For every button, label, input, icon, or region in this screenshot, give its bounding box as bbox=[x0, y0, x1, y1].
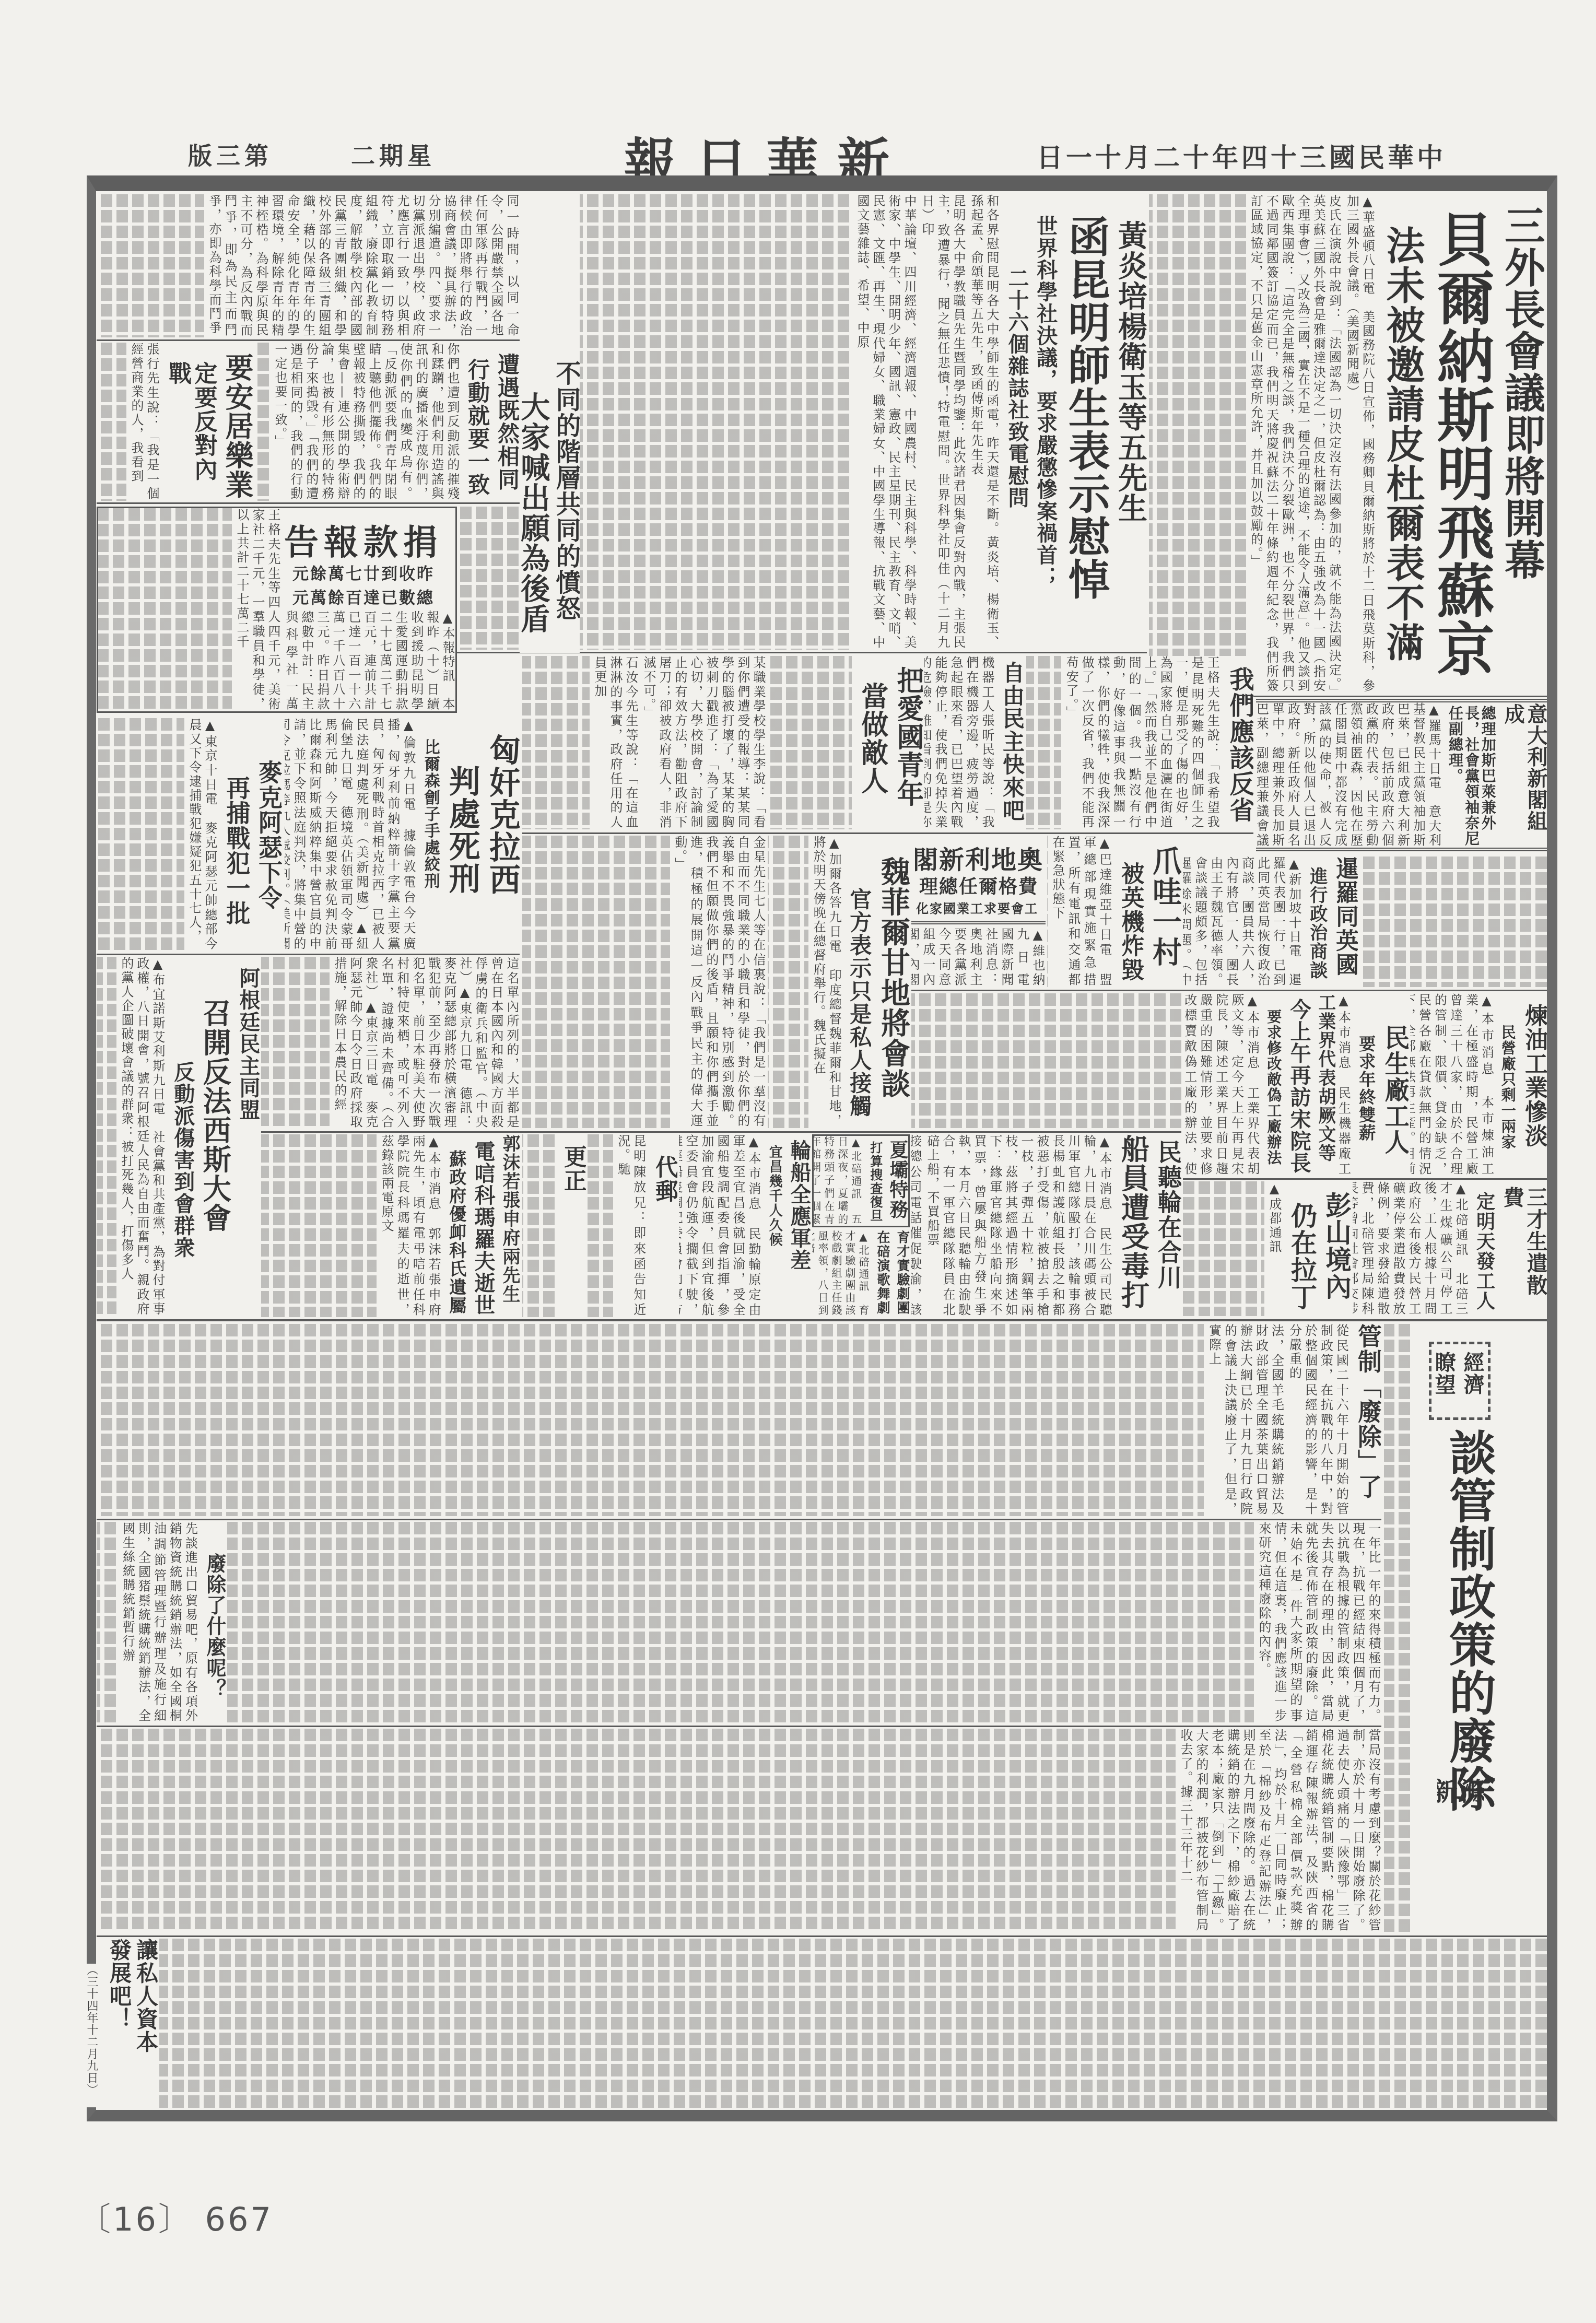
article-body: ▲北碚通訊 五日深夜，夏壩的特務頭子們在青年館開了一個緊急會議，決議本月十二日前… bbox=[814, 1136, 863, 1226]
column-byline-wrap: 滌新 bbox=[1437, 1778, 1484, 1893]
article-kicker: 三外長會議即將開幕 bbox=[1499, 194, 1544, 693]
article-anger-letter: 金星先生七人等在信裏說：「我們是一羣沒有自由而不同職業的小職員和學徒，對於你們的… bbox=[522, 836, 766, 1128]
article-headline: 奧地利新閣 bbox=[913, 840, 1043, 876]
article-subhead: 進行政治商談 bbox=[1307, 857, 1327, 987]
column-headline-wrap: 談管制政策的廢除 bbox=[1427, 1428, 1495, 1825]
article-body: 金星先生七人等在信裏說：「我們是一羣沒有自由而不同職業的小職員和學徒，對於你們的… bbox=[672, 836, 766, 1128]
donation-headline: 捐款報告 bbox=[284, 514, 443, 564]
column-label: 瞭望 bbox=[1431, 1352, 1455, 1395]
column-tier-4 bbox=[159, 1939, 1547, 2108]
austria-header: 奧地利新閣 費格爾任總理 工會要求工業國家化 bbox=[911, 836, 1046, 924]
article-subhead: 蘇政府優卹科氏遺屬 bbox=[447, 1134, 466, 1317]
divider bbox=[97, 954, 520, 955]
article-headline: 貝爾納斯明飛蘇京 bbox=[1429, 194, 1493, 693]
article-ships-military: 輪船全應軍差 宜昌幾千人久候 ▲本市消息 民勤輪原定由軍差至宜昌後就回渝，受全國… bbox=[679, 1134, 811, 1317]
divider bbox=[97, 502, 520, 504]
article-minting-ship: 民聽輪在合川 船員遭受毒打 ▲本市消息 民生公司民聽輪，九日晨在合川碼頭被合川軍… bbox=[911, 1134, 1181, 1317]
notice-body: 昆明陳放兄：即來函告知近況。馳 bbox=[615, 1134, 647, 1317]
article-headline: 彭山境內 bbox=[1322, 1181, 1351, 1316]
article-subhead: 要求修改敵偽工廠辦法 bbox=[1265, 993, 1282, 1176]
column-tier-2: 一年比一年的來得積極而有力。現在，抗戰已經結束四個月了，以抗戰為根據的管制政策，… bbox=[227, 1522, 1381, 1723]
issue-date: 中華民國三十四年十二月十一日 bbox=[1037, 137, 1446, 174]
article-body: ▲新加坡十日電 暹羅代表團一行，已到此同英當局恢復政治商談，團員共六人，內有將官… bbox=[1183, 857, 1302, 987]
article-headline: 魏菲爾甘地將會談 bbox=[877, 836, 910, 1128]
article-body: 皮氏在演說中說到：「法國認為一切決定沒有法國參加的，就不能為法國決定。」英美蘇三… bbox=[1248, 194, 1342, 693]
article-body: ▲維也納九日電 國際新聞社消息：奧地利主要各黨派今天同意組成一內閣，內閣人選是人… bbox=[911, 928, 1046, 987]
donation-body-right: ▲本報特訊 本報昨（十）日續收到援助昆明學生愛國運動捐款二十七萬二千七百元，連前… bbox=[283, 611, 455, 711]
article-kicker: 工業界代表胡厥文等 bbox=[1316, 993, 1335, 1176]
article-enemy: 把愛國青年 當做敵人 bbox=[768, 656, 923, 829]
column-body: 當局沒有考慮到麼？關於花紗管制，亦於十月一日開始廢除了。過去使人頭痛的「陝豫鄂」… bbox=[1178, 1729, 1381, 1932]
article-subhead: 要求年終雙薪 bbox=[1356, 993, 1375, 1176]
article-headline: 爪哇一村 bbox=[1148, 836, 1181, 987]
article-headline: 輪船全應軍差 bbox=[787, 1134, 811, 1317]
article-body: 王格夫先生說：「我希望我是昆明死難的四個師生之一，便是那受了傷的也好，為國家將自… bbox=[1063, 656, 1220, 829]
article-headline: 電唁科瑪羅夫逝世 bbox=[471, 1134, 495, 1317]
article-body: 你們也遭到反動派的摧殘和蹂躪，他們利用造謠與訊刊的廣播來汙蔑你們，使你們的血變成… bbox=[272, 343, 460, 501]
article-body: 石汝今先生等說：「在這血淋淋的事實，政府任用的人員更加 bbox=[592, 656, 639, 829]
page-label: 第三版 bbox=[188, 137, 273, 171]
article-body: 張行先生說：「我是一個經營商業的人，我看到 bbox=[128, 343, 160, 501]
article-headline: 大家喊出願為後盾 bbox=[520, 360, 549, 653]
article-huang-yanpei: 黃炎培楊衛玉等五先生 函昆明師生表示慰悼 世界科學社決議，要求嚴懲慘案禍首； 二… bbox=[580, 194, 1147, 650]
column-date-note-wrap: （三十四年十二月九日） bbox=[78, 1964, 99, 2107]
donation-subhead: 總數已達百餘萬元 bbox=[292, 584, 435, 608]
article-subhead: 二十六個雜誌社致電慰問 bbox=[1005, 194, 1028, 650]
article-body: ▲布宜諾斯艾利斯九日電 社會黨和共產黨，為對付軍事政權，八日開會，號召阿根廷人民… bbox=[119, 957, 166, 1316]
article-subhead: 總理加斯巴萊兼外長，社會黨領袖奈尼任副總理。 bbox=[1447, 702, 1496, 848]
article-body: ▲本市消息 民生機器廠工人，因要求年終發雙薪，原已怠工多日，昨天起已陷於停工狀態… bbox=[1337, 993, 1351, 1176]
article-headline: 煉油工業慘淡 bbox=[1521, 993, 1547, 1176]
article-headline: 判處死刑 bbox=[444, 718, 479, 951]
article-body: ▲東京十日電 麥克阿瑟元帥總部今晨又下令逮捕戰犯嫌疑犯五十七人， bbox=[186, 718, 218, 951]
article-body: ▲羅馬十日電 意大利基督教民主黨領袖加斯巴萊，已組成意大利新政府，包括前政府六個… bbox=[1256, 702, 1442, 848]
text-column-block bbox=[459, 507, 519, 650]
column-headline: 談管制政策的廢除 bbox=[1442, 1428, 1495, 1825]
article-body: 機器工人張昕民等說：「我們在機器旁邊，疲勞過度，急起眼來看，已巴望着內戰能夠停止… bbox=[924, 656, 995, 829]
article-subhead: 定明天發工人 bbox=[1474, 1181, 1495, 1316]
article-foreign-ministers: 三外長會議即將開幕 貝爾納斯明飛蘇京 法未被邀請皮杜爾表不滿 ▲華盛頓八日電 美… bbox=[1149, 194, 1544, 693]
column-body: 法，全國羊毛統購統銷辦法及財政部管理全國茶葉出口貿易辦法大綱已於十月九日行政院的… bbox=[1206, 1324, 1284, 1516]
donation-body-left: 王格夫先生等四人四千元，美術家社二千元，一羣職員和學徒，以上共計二十七萬二千 bbox=[98, 508, 281, 711]
article-body: ▲倫敦九日電 據倫敦電台今天廣播，匈牙利前納粹箭十字黨主要黨員，匈牙利戰時首相克… bbox=[285, 718, 416, 951]
article-body: 同一時間，以同一命令，公開嚴禁全國各地任何軍隊再行戰鬥，一律候由即將舉行的政治協… bbox=[206, 194, 520, 337]
article-yucai-troupe: 育才實驗劇團 在碚演歌舞劇 ▲北碚通訊 育才實驗劇團由該校戲劇組主任錢風率領，八… bbox=[812, 1230, 910, 1317]
article-kicker: 郭沫若張申府兩先生 bbox=[500, 1134, 520, 1317]
telegram-text: 昆明各大中學教職員先生暨同學均鑒：此次諸君因集會反對內戰，主張民主，致遭暴行，聞… bbox=[919, 194, 966, 650]
notice-daiyou: 代郵 昆明陳放兄：即來函告知近況。馳 bbox=[588, 1134, 677, 1317]
article-headline: 三才生遣散費 bbox=[1500, 1181, 1547, 1316]
article-headline: 夏壩特務 bbox=[887, 1136, 908, 1226]
date-note: （三十四年十二月九日） bbox=[85, 1964, 98, 2096]
article-headline: 意大利新閣組成 bbox=[1501, 702, 1547, 848]
article-body: ▲本報特訊 本報昨（十）日續收到援助昆明學生愛國運動捐款二十七萬二千七百元，連前… bbox=[283, 611, 455, 711]
article-guo-moruo: 郭沫若張申府兩先生 電唁科瑪羅夫逝世 蘇政府優卹科氏遺屬 ▲本市消息 郭沫若張申… bbox=[261, 1134, 520, 1317]
text-column-block bbox=[1384, 1324, 1410, 1932]
article-subhead: 比爾森劊子手處絞刑 bbox=[421, 718, 439, 951]
article-anger-headline: 不同的階層共同的憤怒 大家喊出願為後盾 bbox=[520, 360, 580, 653]
donation-report-box: 捐款報告 昨收到廿七萬餘元 總數已達百餘萬元 王格夫先生等四人四千元，美術家社二… bbox=[97, 507, 457, 713]
article-macarthur: 麥克阿瑟下令 再捕戰犯一批 ▲東京十日電 麥克阿瑟元帥總部今晨又下令逮捕戰犯嫌疑… bbox=[97, 718, 282, 951]
article-body: 這名單內所列的，大半都是曾在日本國內和韓國方面殺俘虜的衛兵和監官。（中央社）▲東… bbox=[332, 957, 520, 1129]
article-zaoyu: 遭遇既然相同 行動就要一致 你們也遭到反動派的摧殘和蹂躪，他們利用造謠與訊刊的廣… bbox=[256, 343, 520, 501]
article-argentina: 阿根廷民主同盟 召開反法西斯大會 反動派傷害到會群衆 ▲布宜諾斯艾利斯九日電 社… bbox=[97, 957, 260, 1316]
article-subhead: 打算搜查復旦 bbox=[868, 1136, 882, 1226]
article-body: ▲北碚通訊 北碚三才生煤礦公司停工後，工人根據十月間政府公布後方民營工礦業停業遣… bbox=[1353, 1181, 1469, 1316]
divider bbox=[911, 990, 1547, 991]
article-headline: 函昆明師生表示慰悼 bbox=[1062, 194, 1109, 650]
article-subhead: 仍在拉丁 bbox=[1287, 1181, 1317, 1316]
article-pengshan: 彭山境內 仍在拉丁 ▲成都通訊 bbox=[1183, 1181, 1351, 1316]
article-headline: 再捕戰犯一批 bbox=[223, 718, 250, 951]
article-headline: 定要反對內戰 bbox=[165, 343, 217, 501]
donation-subhead: 昨收到廿七萬餘元 bbox=[292, 560, 435, 584]
archive-page-reference: 〔16〕 667 bbox=[78, 2193, 273, 2240]
article-body: 王格夫先生等四人四千元，美術家社二千元，一羣職員和學徒，以上共計二十七萬二千 bbox=[234, 508, 281, 711]
article-subhead: 官方表示只是私人接觸 bbox=[847, 836, 872, 1128]
article-hungary: 匈奸克拉西 判處死刑 比爾森劊子手處絞刑 ▲倫敦九日電 據倫敦電台今天廣播，匈牙… bbox=[285, 718, 520, 951]
article-body: ▲本市消息 郭沫若張申府兩先生，頃有電弔唁前任科學院院長科瑪羅夫的逝世，茲錄該兩… bbox=[379, 1134, 441, 1317]
article-headline: 遭遇既然相同 bbox=[495, 343, 520, 501]
divider bbox=[97, 339, 520, 341]
divider bbox=[97, 1319, 1547, 1321]
article-subhead: 費格爾任總理 bbox=[919, 872, 1038, 899]
article-body: ▲華盛頓八日電 美國務院八日宣佈，國務卿貝爾納斯將於十二日飛莫斯科，參加三國外長… bbox=[1344, 194, 1376, 693]
divider bbox=[97, 1726, 1381, 1727]
article-headline: 當做敵人 bbox=[857, 656, 887, 829]
article-headline: 暹羅同英國 bbox=[1332, 857, 1358, 987]
article-body: ▲巴達維亞十日電 盟軍總部現實施緊急措置，所有電訊和交通都在緊急狀態下 bbox=[1050, 836, 1112, 987]
article-kicker: 阿根廷民主同盟 bbox=[236, 957, 260, 1316]
article-subhead: 被英機炸毀 bbox=[1118, 836, 1143, 987]
column-tier-1: 管制「廢除」了 從民國二十六年十月開始的管制政策，在抗戰的八年中，對於整個國民經… bbox=[97, 1324, 1381, 1516]
column-body: 從民國二十六年十月開始的管制政策，在抗戰的八年中，對於整個國民經濟的影響，是十分… bbox=[1286, 1324, 1349, 1516]
economic-column-header: 經濟 瞭望 談管制政策的廢除 滌新 bbox=[1384, 1324, 1547, 1932]
article-subhead: 工會要求工業國家化 bbox=[916, 898, 1038, 917]
section-title: 發展吧！ bbox=[107, 1939, 132, 2108]
article-siam: 暹羅同英國 進行政治商談 ▲新加坡十日電 暹羅代表團一行，已到此同英當局恢復政治… bbox=[1183, 857, 1358, 987]
article-body: 某職業學校學生李說：「看到你們遭受的報導：某某同學的腦被打壞了，某某的胸被刺刀戳… bbox=[641, 656, 766, 829]
article-body: ▲加爾各答九日電 印度總督魏菲爾和甘地，將於明天傍晚在總督府舉行。魏氏擬在 bbox=[811, 836, 842, 1128]
article-wavell-gandhi: 魏菲爾甘地將會談 官方表示只是私人接觸 ▲加爾各答九日電 印度總督魏菲爾和甘地，… bbox=[768, 836, 910, 1128]
article-anju: 要安居樂業 定要反對內戰 張行先生說：「我是一個經營商業的人，我看到 bbox=[97, 343, 253, 501]
article-body: ▲北碚通訊 育才實驗劇團由該校戲劇組主任錢風率領，八日到北碚 bbox=[812, 1230, 870, 1317]
article-austria-continued bbox=[1360, 857, 1547, 987]
article-body: ▲本市消息 工業界代表胡厥文等，定今天上午再見宋院長，陳述工業界目前日趨嚴重的困… bbox=[1183, 993, 1260, 1176]
column-tier-3: 當局沒有考慮到麼？關於花紗管制，亦於十月一日開始廢除了。過去使人頭痛的「陝豫鄂」… bbox=[97, 1729, 1381, 1932]
byline: 滌新 bbox=[1437, 1778, 1484, 1893]
divider bbox=[97, 1519, 1381, 1520]
article-headline: 今上午再訪宋院長 bbox=[1287, 993, 1310, 1176]
article-body: 和各界慰問昆明各大中學師生的函電，昨天還是不斷。黃炎培、楊衛玉、孫起孟、俞頌華等… bbox=[968, 194, 1000, 650]
weekday: 星期二 bbox=[351, 137, 436, 171]
article-headline: 不同的階層共同的憤怒 bbox=[551, 360, 580, 653]
article-austria: 奧地利新閣 費格爾任總理 工會要求工業國家化 ▲維也納九日電 國際新聞社消息：奧… bbox=[911, 836, 1046, 987]
article-body: ▲本市消息 民生公司民聽輪，九日晨在合川碼頭被合川軍官總隊毆打，該輪事務長楊虬和… bbox=[924, 1134, 1112, 1317]
austria-body: ▲維也納九日電 國際新聞社消息：奧地利主要各黨派今天同意組成一內閣，內閣人選是人… bbox=[911, 928, 1046, 987]
article-sancai: 三才生遣散費 定明天發工人 ▲北碚通訊 北碚三才生煤礦公司停工後，工人根據十月間… bbox=[1353, 1181, 1547, 1316]
article-headline: 召開反法西斯大會 bbox=[199, 957, 231, 1316]
article-headline: 要安居樂業 bbox=[222, 343, 253, 501]
column-tier-4-left: 讓私人資本 發展吧！ bbox=[97, 1939, 158, 2108]
magazine-list: 中華論壇、四川經濟、經濟週報、中國農村、民主與科學、科學時報、美術家、中學生、開… bbox=[854, 194, 917, 650]
article-headline: 麥克阿瑟下令 bbox=[255, 718, 282, 951]
section-title: 讓私人資本 bbox=[134, 1939, 158, 2108]
article-subhead: 民營廠只剩一兩家 bbox=[1499, 993, 1516, 1176]
column-label-box: 經濟 瞭望 bbox=[1429, 1342, 1491, 1420]
divider bbox=[1183, 1178, 1547, 1180]
article-headline: 我們應該反省 bbox=[1225, 656, 1253, 829]
column-body: 先談進出口貿易吧，原有各項外銷物資統購統銷辦法，如全國桐油調節管理暨行辦理及施行… bbox=[120, 1522, 198, 1723]
notice-headline: 代郵 bbox=[652, 1134, 677, 1317]
article-headline: 行動就要一致 bbox=[465, 343, 490, 501]
article-headline: 把愛國青年 bbox=[893, 656, 923, 829]
column-tier-2-left: 廢除了什麼呢？ 先談進出口貿易吧，原有各項外銷物資統購統銷辦法，如全國桐油調節管… bbox=[97, 1522, 226, 1723]
article-anger-body: 某職業學校學生李說：「看到你們遭受的報導：某某同學的腦被打壞了，某某的胸被刺刀戳… bbox=[522, 656, 766, 829]
article-italy-box: 意大利新閣組成 總理加斯巴萊兼外長，社會黨領袖奈尼任副總理。 ▲羅馬十日電 意大… bbox=[1256, 699, 1547, 851]
article-body: ▲成都通訊 bbox=[1266, 1181, 1282, 1316]
article-subhead: 宜昌幾千人久候 bbox=[767, 1134, 782, 1317]
article-subhead: 法未被邀請皮杜爾表不滿 bbox=[1381, 194, 1424, 693]
article-body: 接總公司電話催促駛渝，該軍官隊視行兇若無其事，有數人仍搭輪來渝。該輪船員乃在船中… bbox=[911, 1134, 922, 1317]
article-subhead: 反動派傷害到會群衆 bbox=[171, 957, 194, 1316]
column-body: 一年比一年的來得積極而有力。現在，抗戰已經結束四個月了，以抗戰為根據的管制政策，… bbox=[1256, 1522, 1381, 1723]
column-label: 經濟 bbox=[1460, 1352, 1484, 1395]
article-minsheng-workers: 民生廠工人 要求年終雙薪 ▲本市消息 民生機器廠工人，因要求年終發雙薪，原已怠工… bbox=[1337, 993, 1409, 1176]
section-title: 管制「廢除」了 bbox=[1354, 1324, 1381, 1516]
article-headline: 民聽輪在合川 bbox=[1154, 1134, 1181, 1317]
article-xiaba: 夏壩特務 打算搜查復旦 ▲北碚通訊 五日深夜，夏壩的特務頭子們在青年館開了一個緊… bbox=[814, 1136, 908, 1226]
article-headline: 育才實驗劇團 bbox=[895, 1230, 910, 1317]
divider bbox=[97, 1935, 1547, 1937]
article-subhead: 世界科學社決議，要求嚴懲慘案禍首； bbox=[1034, 194, 1057, 650]
article-headline: 船員遭受毒打 bbox=[1118, 1134, 1149, 1317]
article-java: 爪哇一村 被英機炸毀 ▲巴達維亞十日電 盟軍總部現實施緊急措置，所有電訊和交通都… bbox=[1047, 836, 1181, 987]
divider bbox=[261, 1131, 1181, 1133]
article-headline: 自由民主快來吧 bbox=[1000, 656, 1025, 829]
article-xiaba-box: 夏壩特務 打算搜查復旦 ▲北碚通訊 五日深夜，夏壩的特務頭子們在青年館開了一個緊… bbox=[812, 1134, 910, 1227]
article-headline: 在碚演歌舞劇 bbox=[875, 1230, 890, 1317]
article-italy: 意大利新閣組成 總理加斯巴萊兼外長，社會黨領袖奈尼任副總理。 ▲羅馬十日電 意大… bbox=[1256, 702, 1547, 848]
text-column-block bbox=[911, 993, 1181, 1128]
section-title: 廢除了什麼呢？ bbox=[203, 1522, 226, 1723]
science-resolution-text: 同一時間，以同一命令，公開嚴禁全國各地任何軍隊再行戰鬥，一律候由即將舉行的政治協… bbox=[97, 194, 520, 337]
article-headline: 民生廠工人 bbox=[1380, 993, 1409, 1176]
article-body: ▲本市消息 民勤輪原定由軍差至宜昌後就回渝，受全國船隻調配委員會指揮，參加渝宜段… bbox=[679, 1134, 761, 1317]
notice-correction: 更正 bbox=[522, 1134, 586, 1317]
divider bbox=[522, 832, 1253, 834]
article-macarthur-continued: 這名單內所列的，大半都是曾在日本國內和韓國方面殺俘虜的衛兵和監官。（中央社）▲東… bbox=[261, 957, 520, 1129]
article-headline: 匈奸克拉西 bbox=[485, 718, 520, 951]
article-reflect: 我們應該反省 王格夫先生說：「我希望我是昆明死難的四個師生之一，便是那受了傷的也… bbox=[1026, 656, 1253, 829]
article-freedom: 自由民主快來吧 機器工人張昕民等說：「我們在機器旁邊，疲勞過度，急起眼來看，已巴… bbox=[924, 656, 1025, 829]
article-body: ▲本市消息 本市煉油工業，在極盛時期，民營工廠曾達三十八家，由於不合理的管制、限… bbox=[1410, 993, 1494, 1176]
article-kicker: 黃炎培楊衛玉等五先生 bbox=[1114, 194, 1147, 650]
newspaper-page: 第三版 星期二 新華日報 中華民國三十四年十二月十一日 三外長會議即將開幕 貝爾… bbox=[0, 0, 1596, 2323]
article-refinery: 煉油工業慘淡 民營廠只剩一兩家 ▲本市消息 本市煉油工業，在極盛時期，民營工廠曾… bbox=[1410, 993, 1547, 1176]
notice-headline: 更正 bbox=[560, 1134, 586, 1317]
article-industry-delegates: 工業界代表胡厥文等 今上午再訪宋院長 要求修改敵偽工廠辦法 ▲本市消息 工業界代… bbox=[1183, 993, 1335, 1176]
